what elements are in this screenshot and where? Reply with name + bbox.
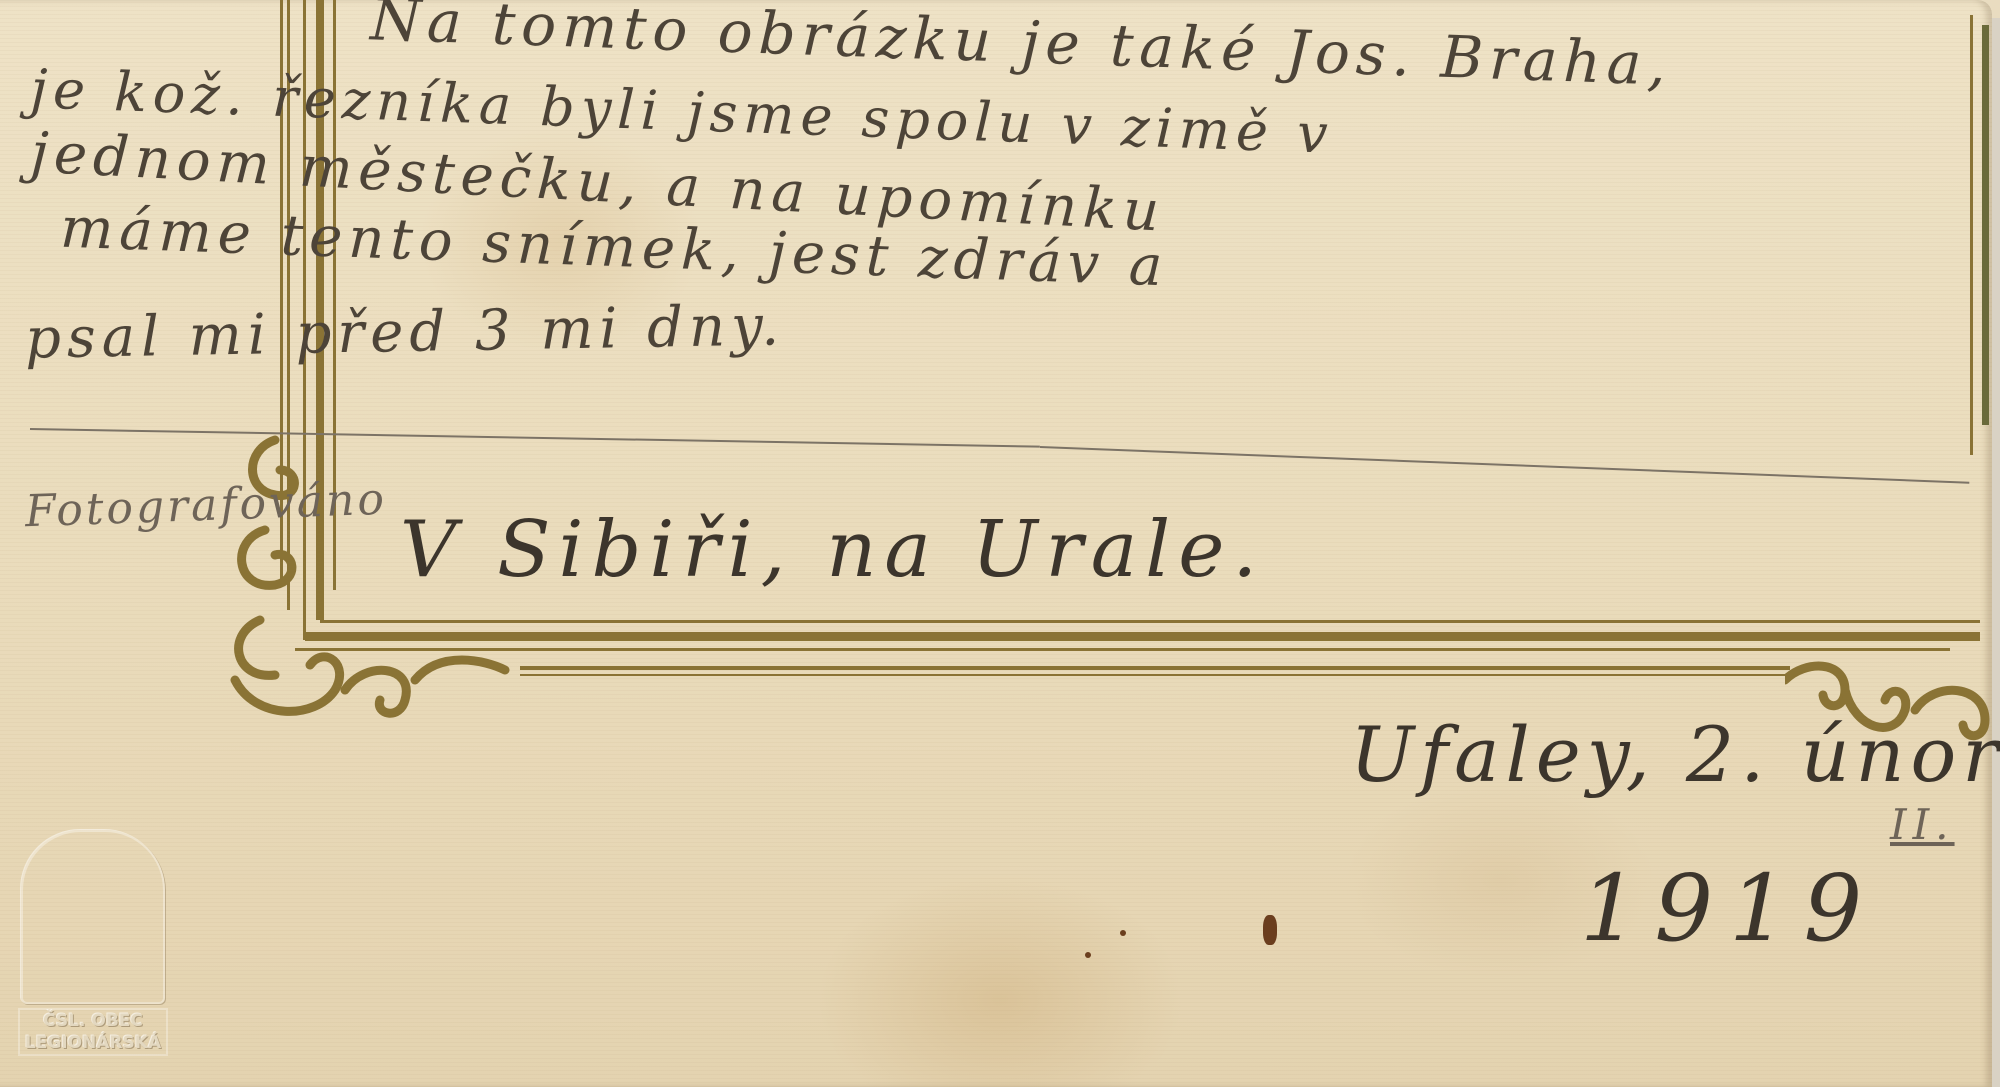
frame-horizontal-line [520,666,1790,670]
stain [1085,952,1091,958]
stamp-line-2: LEGIONÁRSKÁ [20,1032,166,1054]
year: 1919 [1580,855,1878,962]
stain [1120,930,1126,936]
frame-horizontal-line [520,674,1790,676]
message-line-5: psal mi před 3 mi dny. [24,293,785,371]
month-numeral: II. [1890,800,1955,849]
frame-vertical-line [1982,25,1989,425]
frame-horizontal-line [320,620,1980,623]
card-edge [1992,18,2000,1087]
frame-vertical-line [1970,15,1973,455]
frame-horizontal-line [305,632,1980,641]
stamp-text: ČSL. OBEC LEGIONÁRSKÁ [18,1008,168,1056]
place-date: Ufaley, 2. února [1350,710,2000,799]
location-line: V Sibiři, na Urale. [400,505,1265,595]
stain [1263,915,1277,945]
legionnaire-emblem-icon [21,830,165,1004]
stamp-line-1: ČSL. OBEC [20,1010,166,1032]
frame-horizontal-line [295,648,1950,651]
legion-stamp: ČSL. OBEC LEGIONÁRSKÁ [18,830,168,1070]
